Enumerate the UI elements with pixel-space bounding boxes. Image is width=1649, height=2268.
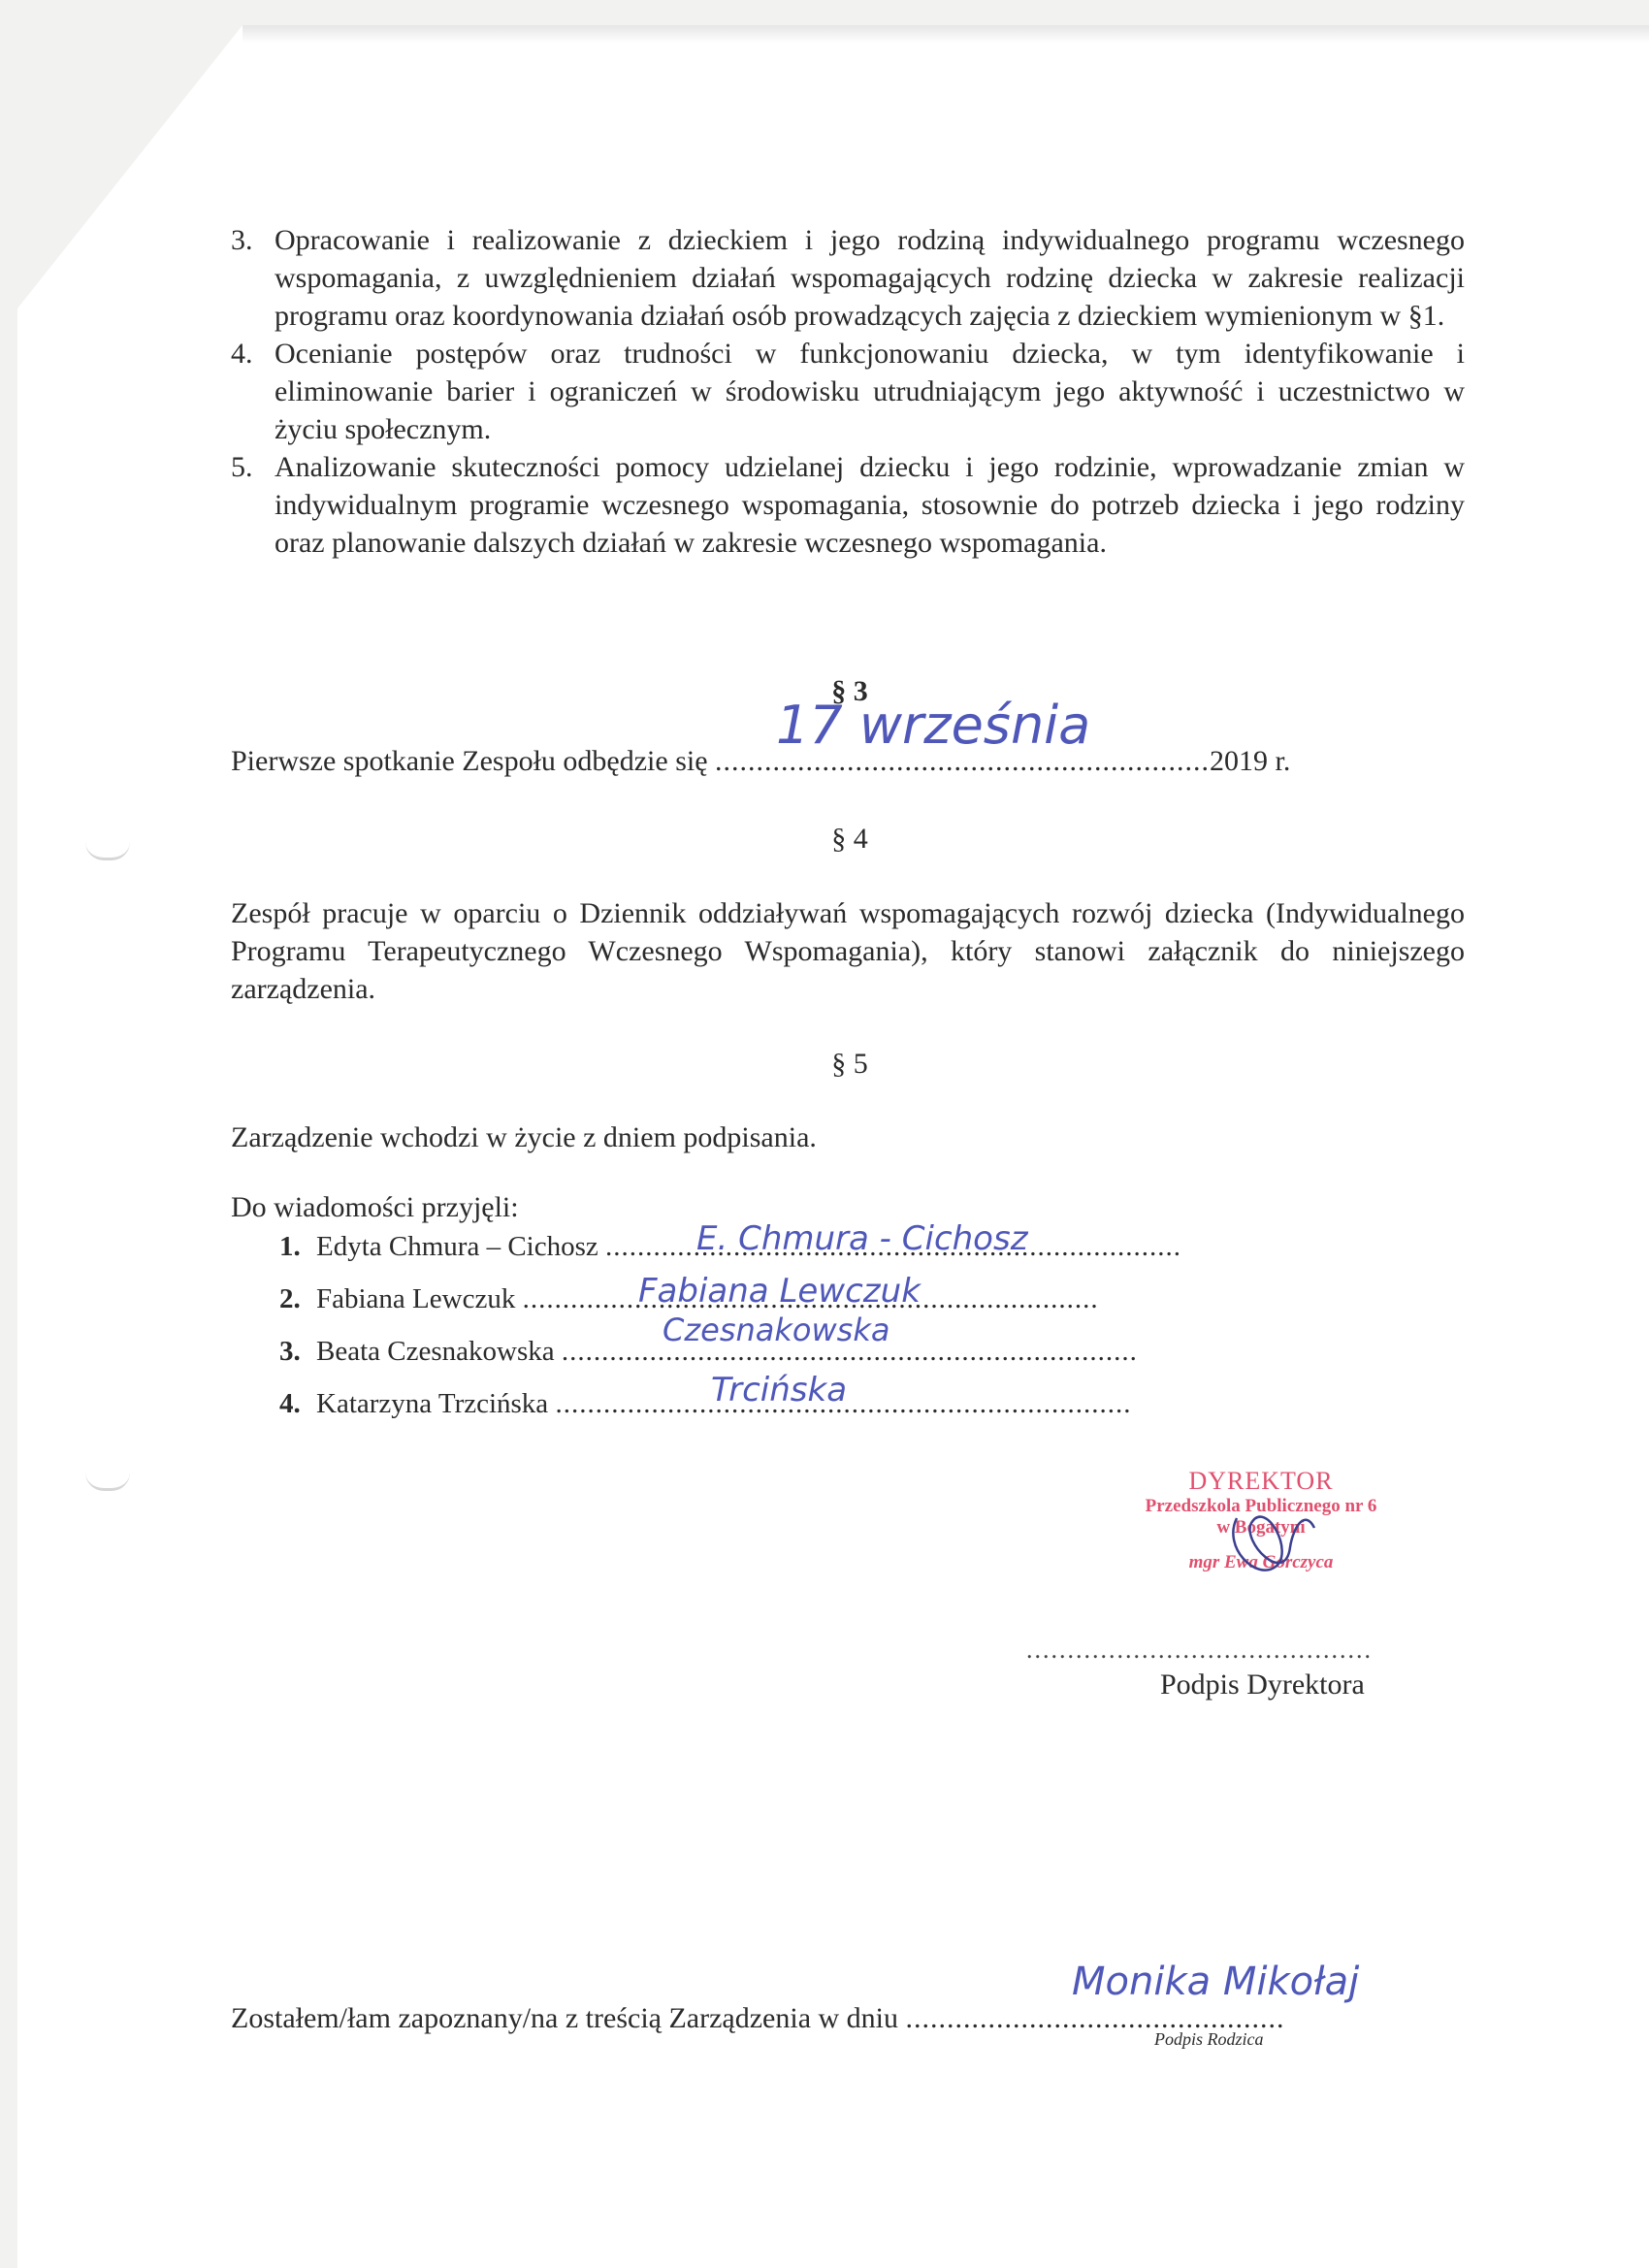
ack-number: 2. — [279, 1273, 316, 1325]
handwritten-signature: Czesnakowska — [663, 1304, 889, 1356]
ack-number: 4. — [279, 1377, 316, 1430]
parent-handwritten-signature: Monika Mikołaj — [1072, 1960, 1359, 2004]
handwritten-signature: Trcińska — [711, 1364, 847, 1416]
parent-signature-caption: Podpis Rodzica — [1154, 2029, 1264, 2050]
year-label: 2019 r. — [1210, 745, 1290, 777]
point-number: 5. — [231, 448, 275, 562]
director-signature-caption: Podpis Dyrektora — [1160, 1669, 1365, 1701]
point-3: 3. Opracowanie i realizowanie z dzieckie… — [231, 221, 1465, 335]
parent-acknowledgement-text: Zostałem/łam zapoznany/na z treścią Zarz… — [231, 2002, 898, 2034]
first-meeting-line: Pierwsze spotkanie Zespołu odbędzie się … — [231, 745, 1290, 778]
section-4-text: Zespół pracuje w oparciu o Dziennik oddz… — [231, 894, 1465, 1008]
ack-number: 1. — [279, 1220, 316, 1273]
ack-number: 3. — [279, 1325, 316, 1377]
point-text: Analizowanie skuteczności pomocy udziela… — [275, 448, 1465, 562]
ack-name: Katarzyna Trzcińska — [316, 1388, 548, 1419]
point-text: Ocenianie postępów oraz trudności w funk… — [275, 335, 1465, 448]
document-content: 3. Opracowanie i realizowanie z dzieckie… — [0, 0, 1649, 2268]
section-4-heading: § 4 — [753, 823, 947, 856]
ack-name: Beata Czesnakowska — [316, 1336, 555, 1367]
point-5: 5. Analizowanie skuteczności pomocy udzi… — [231, 448, 1465, 562]
point-number: 4. — [231, 335, 275, 448]
acknowledgement-list: 1.Edyta Chmura – Cichosz ...............… — [279, 1220, 1308, 1430]
ack-name: Edyta Chmura – Cichosz — [316, 1231, 598, 1262]
acknowledgement-title: Do wiadomości przyjęli: — [231, 1191, 519, 1224]
section-5-text: Zarządzenie wchodzi w życie z dniem podp… — [231, 1121, 817, 1154]
point-4: 4. Ocenianie postępów oraz trudności w f… — [231, 335, 1465, 448]
director-signature-line: ........................................… — [1026, 1636, 1373, 1665]
parent-acknowledgement-line: Zostałem/łam zapoznany/na z treścią Zarz… — [231, 2002, 1285, 2035]
section-5-heading: § 5 — [753, 1048, 947, 1081]
ack-name: Fabiana Lewczuk — [316, 1283, 515, 1314]
director-signature-scribble — [1217, 1489, 1324, 1596]
point-number: 3. — [231, 221, 275, 335]
handwritten-date: 17 września — [776, 695, 1090, 756]
ack-row: 4.Katarzyna Trzcińska ..................… — [279, 1377, 1308, 1430]
point-text: Opracowanie i realizowanie z dzieckiem i… — [275, 221, 1465, 335]
first-meeting-label: Pierwsze spotkanie Zespołu odbędzie się — [231, 745, 708, 777]
numbered-points: 3. Opracowanie i realizowanie z dzieckie… — [231, 221, 1465, 562]
handwritten-signature: E. Chmura - Cichosz — [696, 1213, 1028, 1265]
